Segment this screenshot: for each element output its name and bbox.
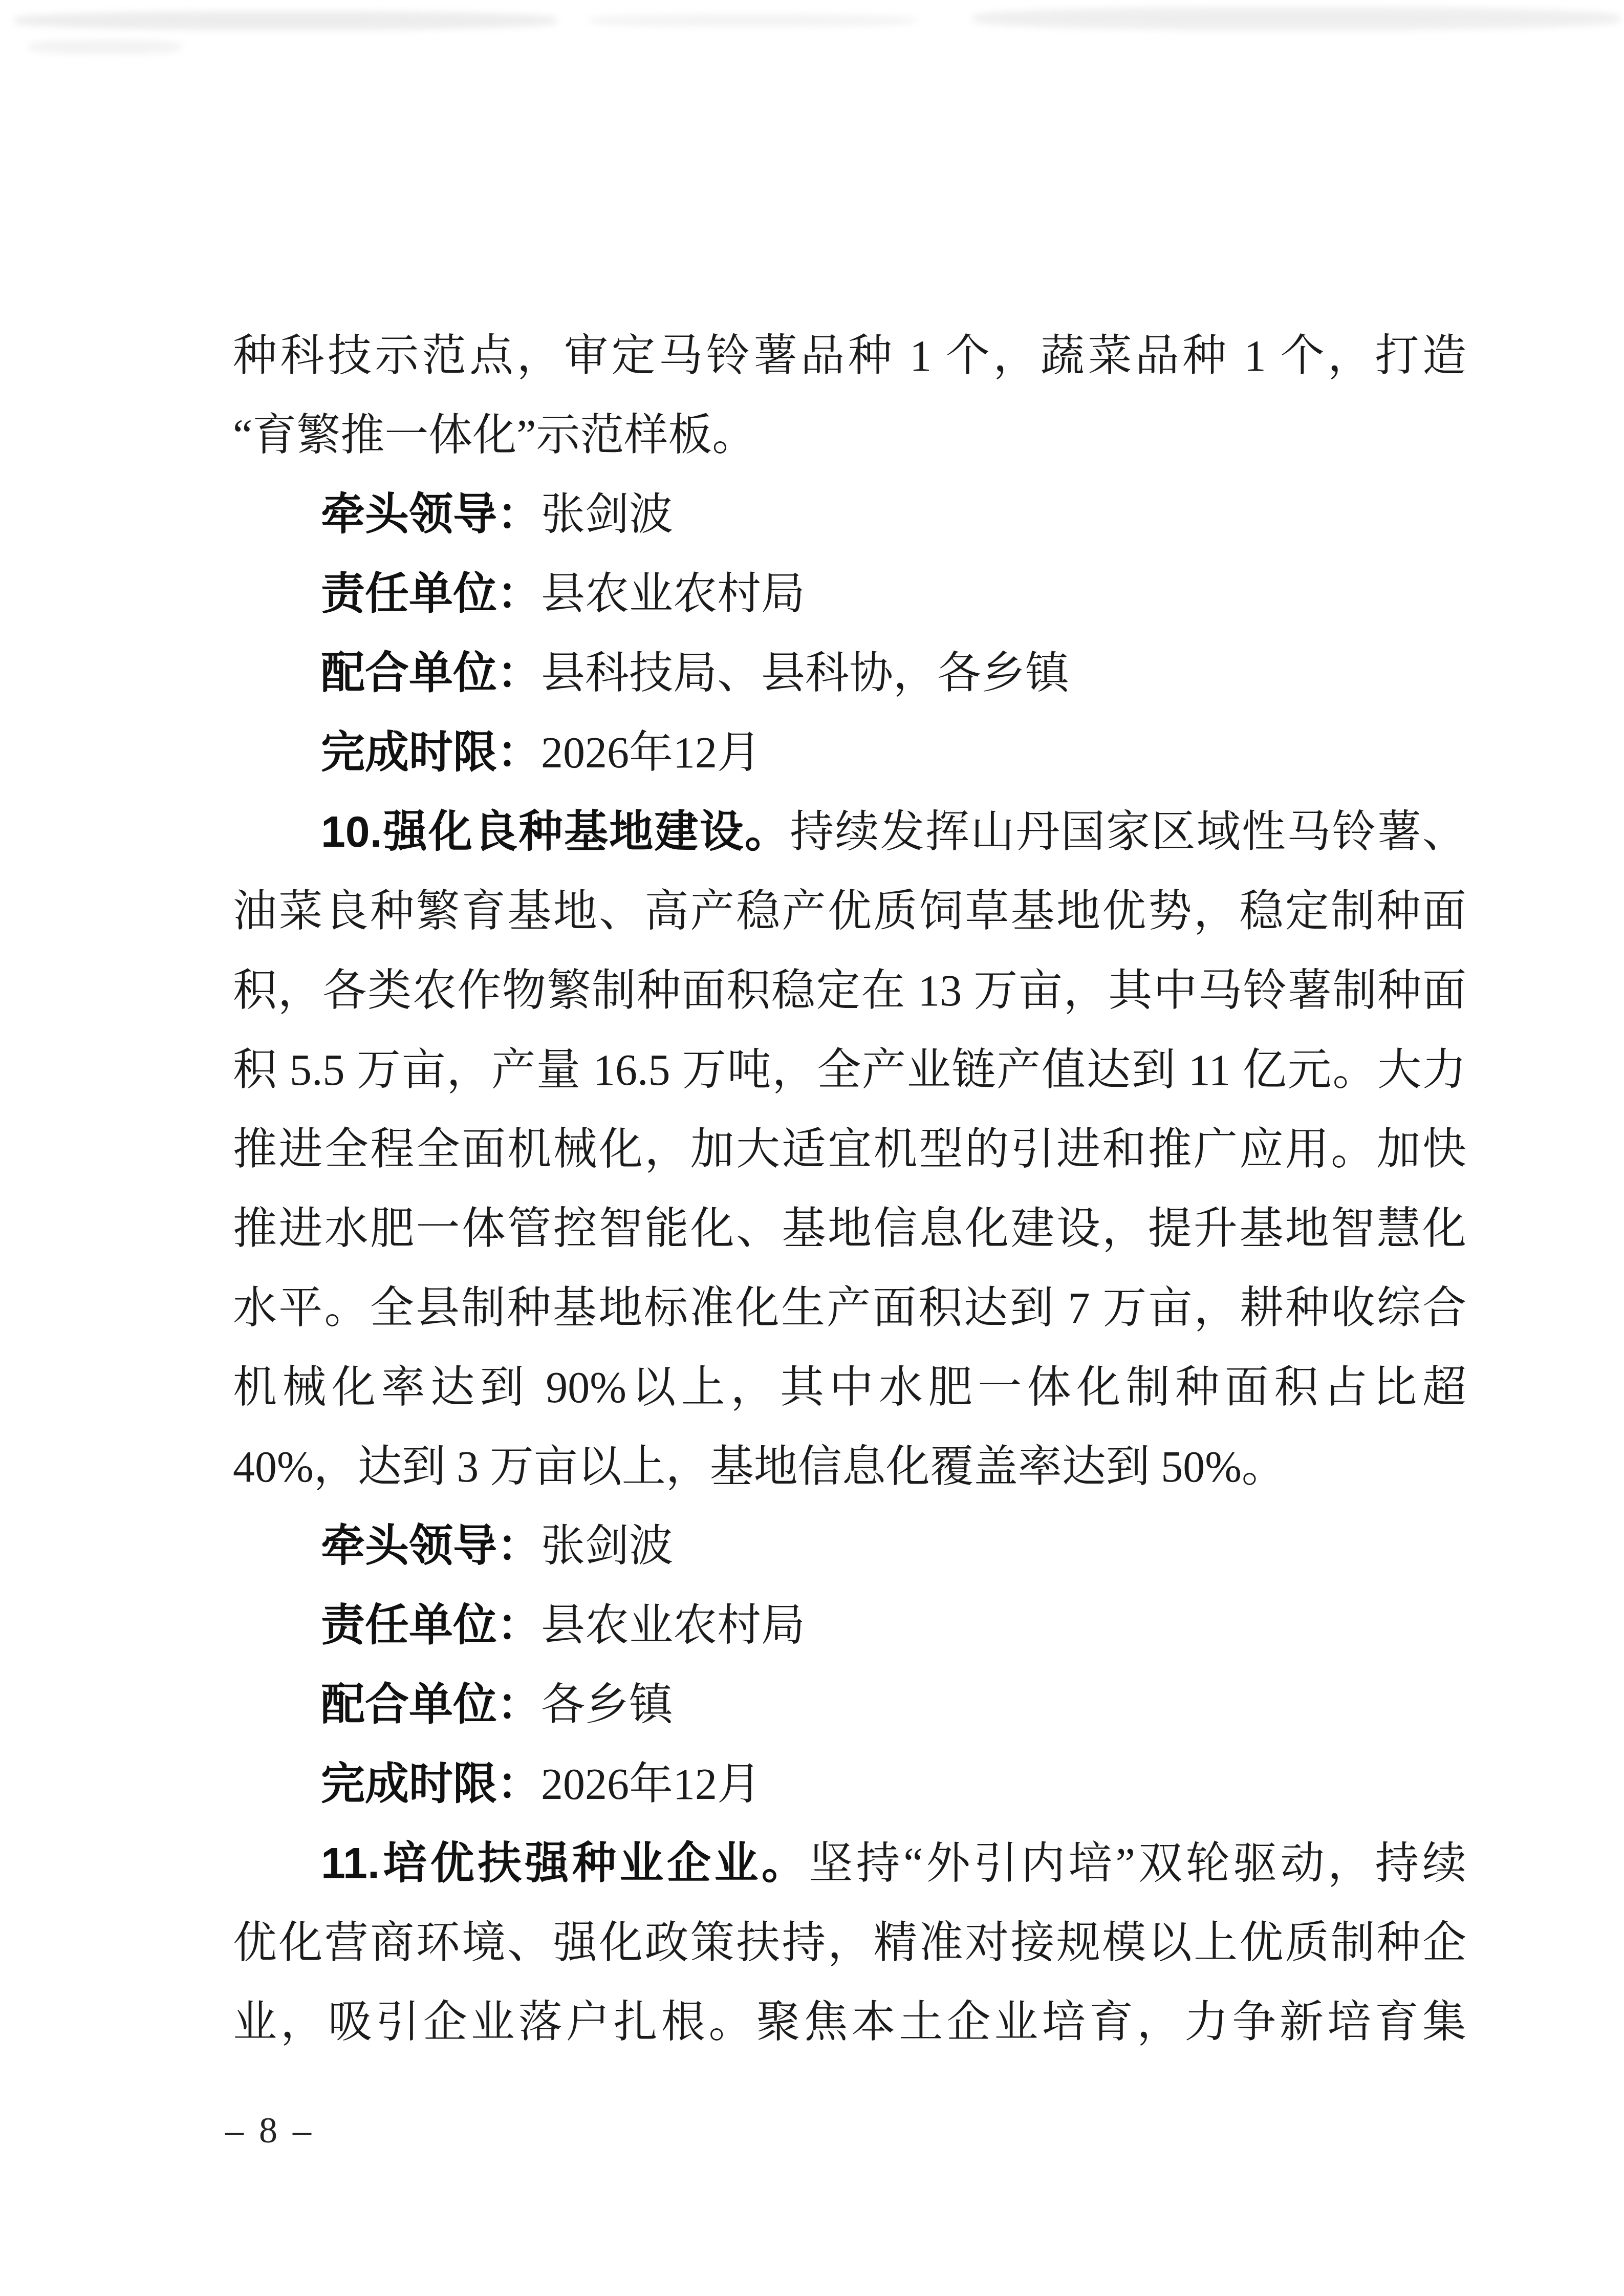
page-number: – 8 – [225,2109,314,2152]
scan-artifact [589,14,916,27]
line-bold-segment: 牵头领导： [321,1521,541,1571]
text-line: 积，各类农作物繁制种面积稳定在 13 万亩，其中马铃薯制种面 [233,951,1466,1031]
line-text-segment: 积 5.5 万亩，产量 16.5 万吨，全产业链产值达到 11 亿元。大力 [233,1045,1466,1095]
text-line: 配合单位：各乡镇 [233,1665,1466,1745]
line-text-segment: 县农业农村局 [541,569,805,618]
document-body: 种科技示范点，审定马铃薯品种 1 个，蔬菜品种 1 个，打造“育繁推一体化”示范… [233,316,1466,2062]
text-line: 种科技示范点，审定马铃薯品种 1 个，蔬菜品种 1 个，打造 [233,316,1466,396]
text-line: 优化营商环境、强化政策扶持，精准对接规模以上优质制种企 [233,1903,1466,1983]
line-bold-segment: 配合单位： [321,649,541,698]
line-bold-segment: 完成时限： [321,728,541,777]
line-text-segment: 40%，达到 3 万亩以上，基地信息化覆盖率达到 50%。 [233,1442,1286,1491]
line-text-segment: 县农业农村局 [541,1601,805,1650]
line-bold-segment: 配合单位： [321,1680,541,1729]
text-line: 11.培优扶强种业企业。坚持“外引内培”双轮驱动，持续 [233,1824,1466,1903]
text-line: 牵头领导：张剑波 [233,475,1466,554]
line-text-segment: 持续发挥山丹国家区域性马铃薯、 [790,807,1466,856]
line-text-segment: 水平。全县制种基地标准化生产面积达到 7 万亩，耕种收综合 [233,1283,1466,1333]
text-line: 配合单位：县科技局、县科协，各乡镇 [233,634,1466,713]
line-text-segment: 业，吸引企业落户扎根。聚焦本土企业培育，力争新培育集 [233,1998,1466,2047]
text-line: 责任单位：县农业农村局 [233,1586,1466,1665]
line-bold-segment: 10.强化良种基地建设。 [321,807,790,856]
line-text-segment: 2026年12月 [541,1759,761,1809]
line-text-segment: 张剑波 [541,1521,673,1571]
line-text-segment: 张剑波 [541,490,673,539]
line-bold-segment: 责任单位： [321,1601,541,1650]
line-bold-segment: 责任单位： [321,569,541,618]
text-line: 业，吸引企业落户扎根。聚焦本土企业培育，力争新培育集 [233,1983,1466,2062]
text-line: “育繁推一体化”示范样板。 [233,396,1466,475]
text-line: 推进水肥一体管控智能化、基地信息化建设，提升基地智慧化 [233,1189,1466,1269]
text-line: 责任单位：县农业农村局 [233,554,1466,634]
line-text-segment: “育繁推一体化”示范样板。 [233,411,756,460]
text-line: 完成时限：2026年12月 [233,713,1466,792]
line-text-segment: 油菜良种繁育基地、高产稳产优质饲草基地优势，稳定制种面 [233,887,1466,936]
scanned-document-page: 种科技示范点，审定马铃薯品种 1 个，蔬菜品种 1 个，打造“育繁推一体化”示范… [0,0,1624,2296]
text-line: 40%，达到 3 万亩以上，基地信息化覆盖率达到 50%。 [233,1427,1466,1507]
scan-artifact [14,11,557,30]
line-text-segment: 坚持“外引内培”双轮驱动，持续 [809,1839,1466,1888]
text-line: 油菜良种繁育基地、高产稳产优质饲草基地优势，稳定制种面 [233,872,1466,951]
line-text-segment: 优化营商环境、强化政策扶持，精准对接规模以上优质制种企 [233,1918,1466,1967]
line-bold-segment: 完成时限： [321,1759,541,1809]
line-text-segment: 积，各类农作物繁制种面积稳定在 13 万亩，其中马铃薯制种面 [233,966,1466,1015]
line-text-segment: 推进全程全面机械化，加大适宜机型的引进和推广应用。加快 [233,1125,1466,1174]
text-line: 机械化率达到 90%以上，其中水肥一体化制种面积占比超 [233,1348,1466,1427]
scan-artifact [972,7,1620,30]
text-line: 10.强化良种基地建设。持续发挥山丹国家区域性马铃薯、 [233,792,1466,872]
text-line: 完成时限：2026年12月 [233,1745,1466,1824]
line-bold-segment: 牵头领导： [321,490,541,539]
line-text-segment: 各乡镇 [541,1680,673,1729]
scan-artifact [28,40,182,54]
line-text-segment: 机械化率达到 90%以上，其中水肥一体化制种面积占比超 [233,1363,1466,1412]
text-line: 推进全程全面机械化，加大适宜机型的引进和推广应用。加快 [233,1110,1466,1189]
line-text-segment: 种科技示范点，审定马铃薯品种 1 个，蔬菜品种 1 个，打造 [233,331,1466,380]
line-bold-segment: 11.培优扶强种业企业。 [321,1839,809,1888]
line-text-segment: 县科技局、县科协，各乡镇 [541,649,1069,698]
line-text-segment: 推进水肥一体管控智能化、基地信息化建设，提升基地智慧化 [233,1204,1466,1253]
text-line: 牵头领导：张剑波 [233,1507,1466,1586]
text-line: 水平。全县制种基地标准化生产面积达到 7 万亩，耕种收综合 [233,1269,1466,1348]
text-line: 积 5.5 万亩，产量 16.5 万吨，全产业链产值达到 11 亿元。大力 [233,1031,1466,1110]
line-text-segment: 2026年12月 [541,728,761,777]
